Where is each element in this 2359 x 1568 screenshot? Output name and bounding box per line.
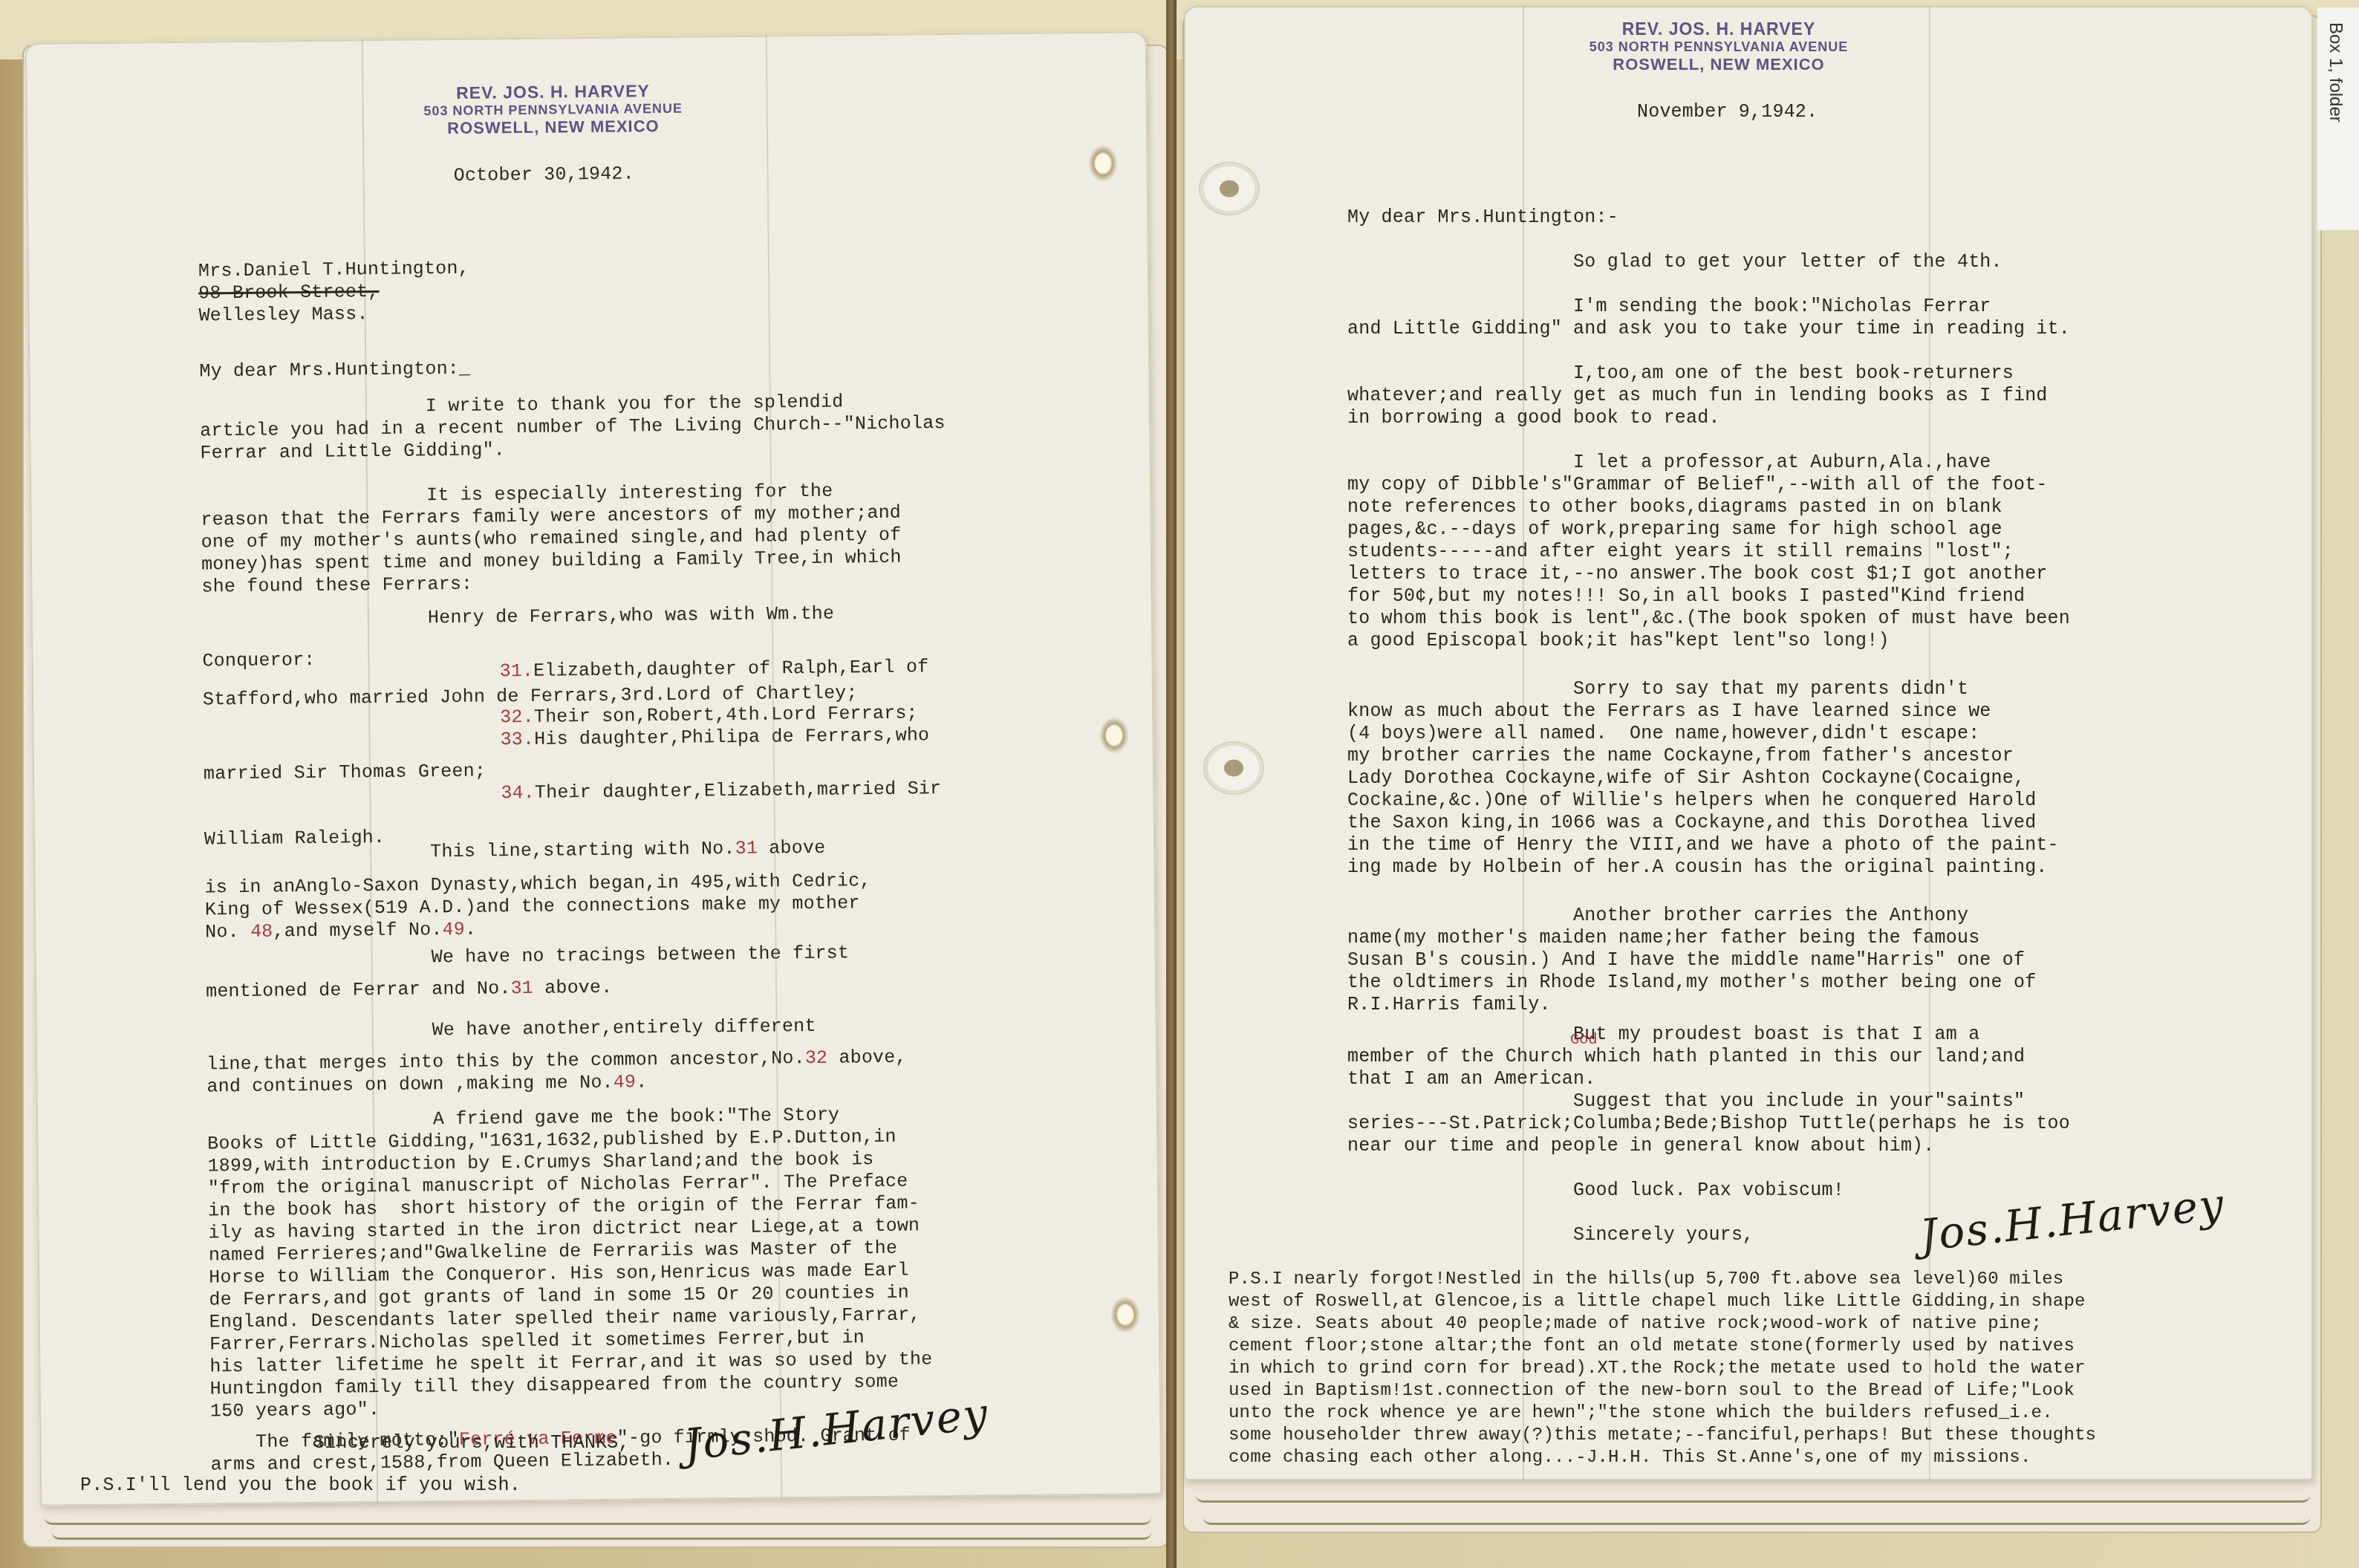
letterhead-address: 503 NORTH PENNSYLVANIA AVENUE (1540, 39, 1897, 55)
binder-hole (1199, 162, 1260, 215)
genealogy-entry-cont: married Sir Thomas Green; (204, 761, 486, 786)
letterhead-city: ROSWELL, NEW MEXICO (353, 116, 754, 140)
paper-stack-edge (1203, 1515, 2310, 1525)
archive-box-label: Box 1, folder (2317, 7, 2359, 230)
paper-stack-edge (45, 1515, 1151, 1525)
paper-stack-edge (52, 1530, 1151, 1540)
letterhead: REV. JOS. H. HARVEY 503 NORTH PENNSYLVAN… (1540, 19, 1897, 74)
letterhead-name: REV. JOS. H. HARVEY (1540, 19, 1897, 39)
genealogy-entry: 31.Elizabeth,daughter of Ralph,Earl of (499, 656, 928, 683)
genealogy-entry: 34.Their daughter,Elizabeth,married Sir (501, 778, 941, 804)
good-luck: Good luck. Pax vobiscum! (1347, 1180, 1844, 1202)
binder-hole-tear (1088, 145, 1118, 182)
binder-hole-tear (1099, 717, 1129, 754)
letter-date: November 9,1942. (1637, 101, 1818, 123)
recipient-street-struck: 98 Brook Street, (198, 281, 380, 305)
recipient-name: Mrs.Daniel T.Huntington, (198, 258, 469, 283)
letter-october-page: REV. JOS. H. HARVEY 503 NORTH PENNSYLVAN… (25, 31, 1162, 1506)
binder-hole (1203, 741, 1264, 795)
paragraph-glad: So glad to get your letter of the 4th. (1347, 251, 2002, 273)
signature: Jos.H.Harvey (1918, 1179, 2228, 1261)
salutation: My dear Mrs.Huntington:_ (199, 358, 470, 383)
closing: Sincerely yours, (1347, 1224, 1754, 1246)
paper-stack-edge (1196, 1493, 2310, 1503)
salutation: My dear Mrs.Huntington:- (1347, 206, 1618, 229)
closing: Sincerely yours,with THANKS, (201, 1432, 630, 1454)
binder-hole-tear (1110, 1296, 1140, 1333)
genealogy-heading: Conqueror: (202, 649, 315, 673)
recipient-city: Wellesley Mass. (198, 303, 368, 327)
letter-november-page: REV. JOS. H. HARVEY 503 NORTH PENNSYLVAN… (1184, 6, 2313, 1480)
binding-gutter (1166, 0, 1177, 1568)
letter-date: October 30,1942. (453, 163, 634, 187)
genealogy-entry: 33.His daughter,Philipa de Ferrars,who (500, 724, 929, 751)
postscript: P.S.I'll lend you the book if you wish. (80, 1474, 521, 1497)
letterhead: REV. JOS. H. HARVEY 503 NORTH PENNSYLVAN… (352, 80, 754, 140)
letterhead-city: ROSWELL, NEW MEXICO (1540, 55, 1897, 74)
